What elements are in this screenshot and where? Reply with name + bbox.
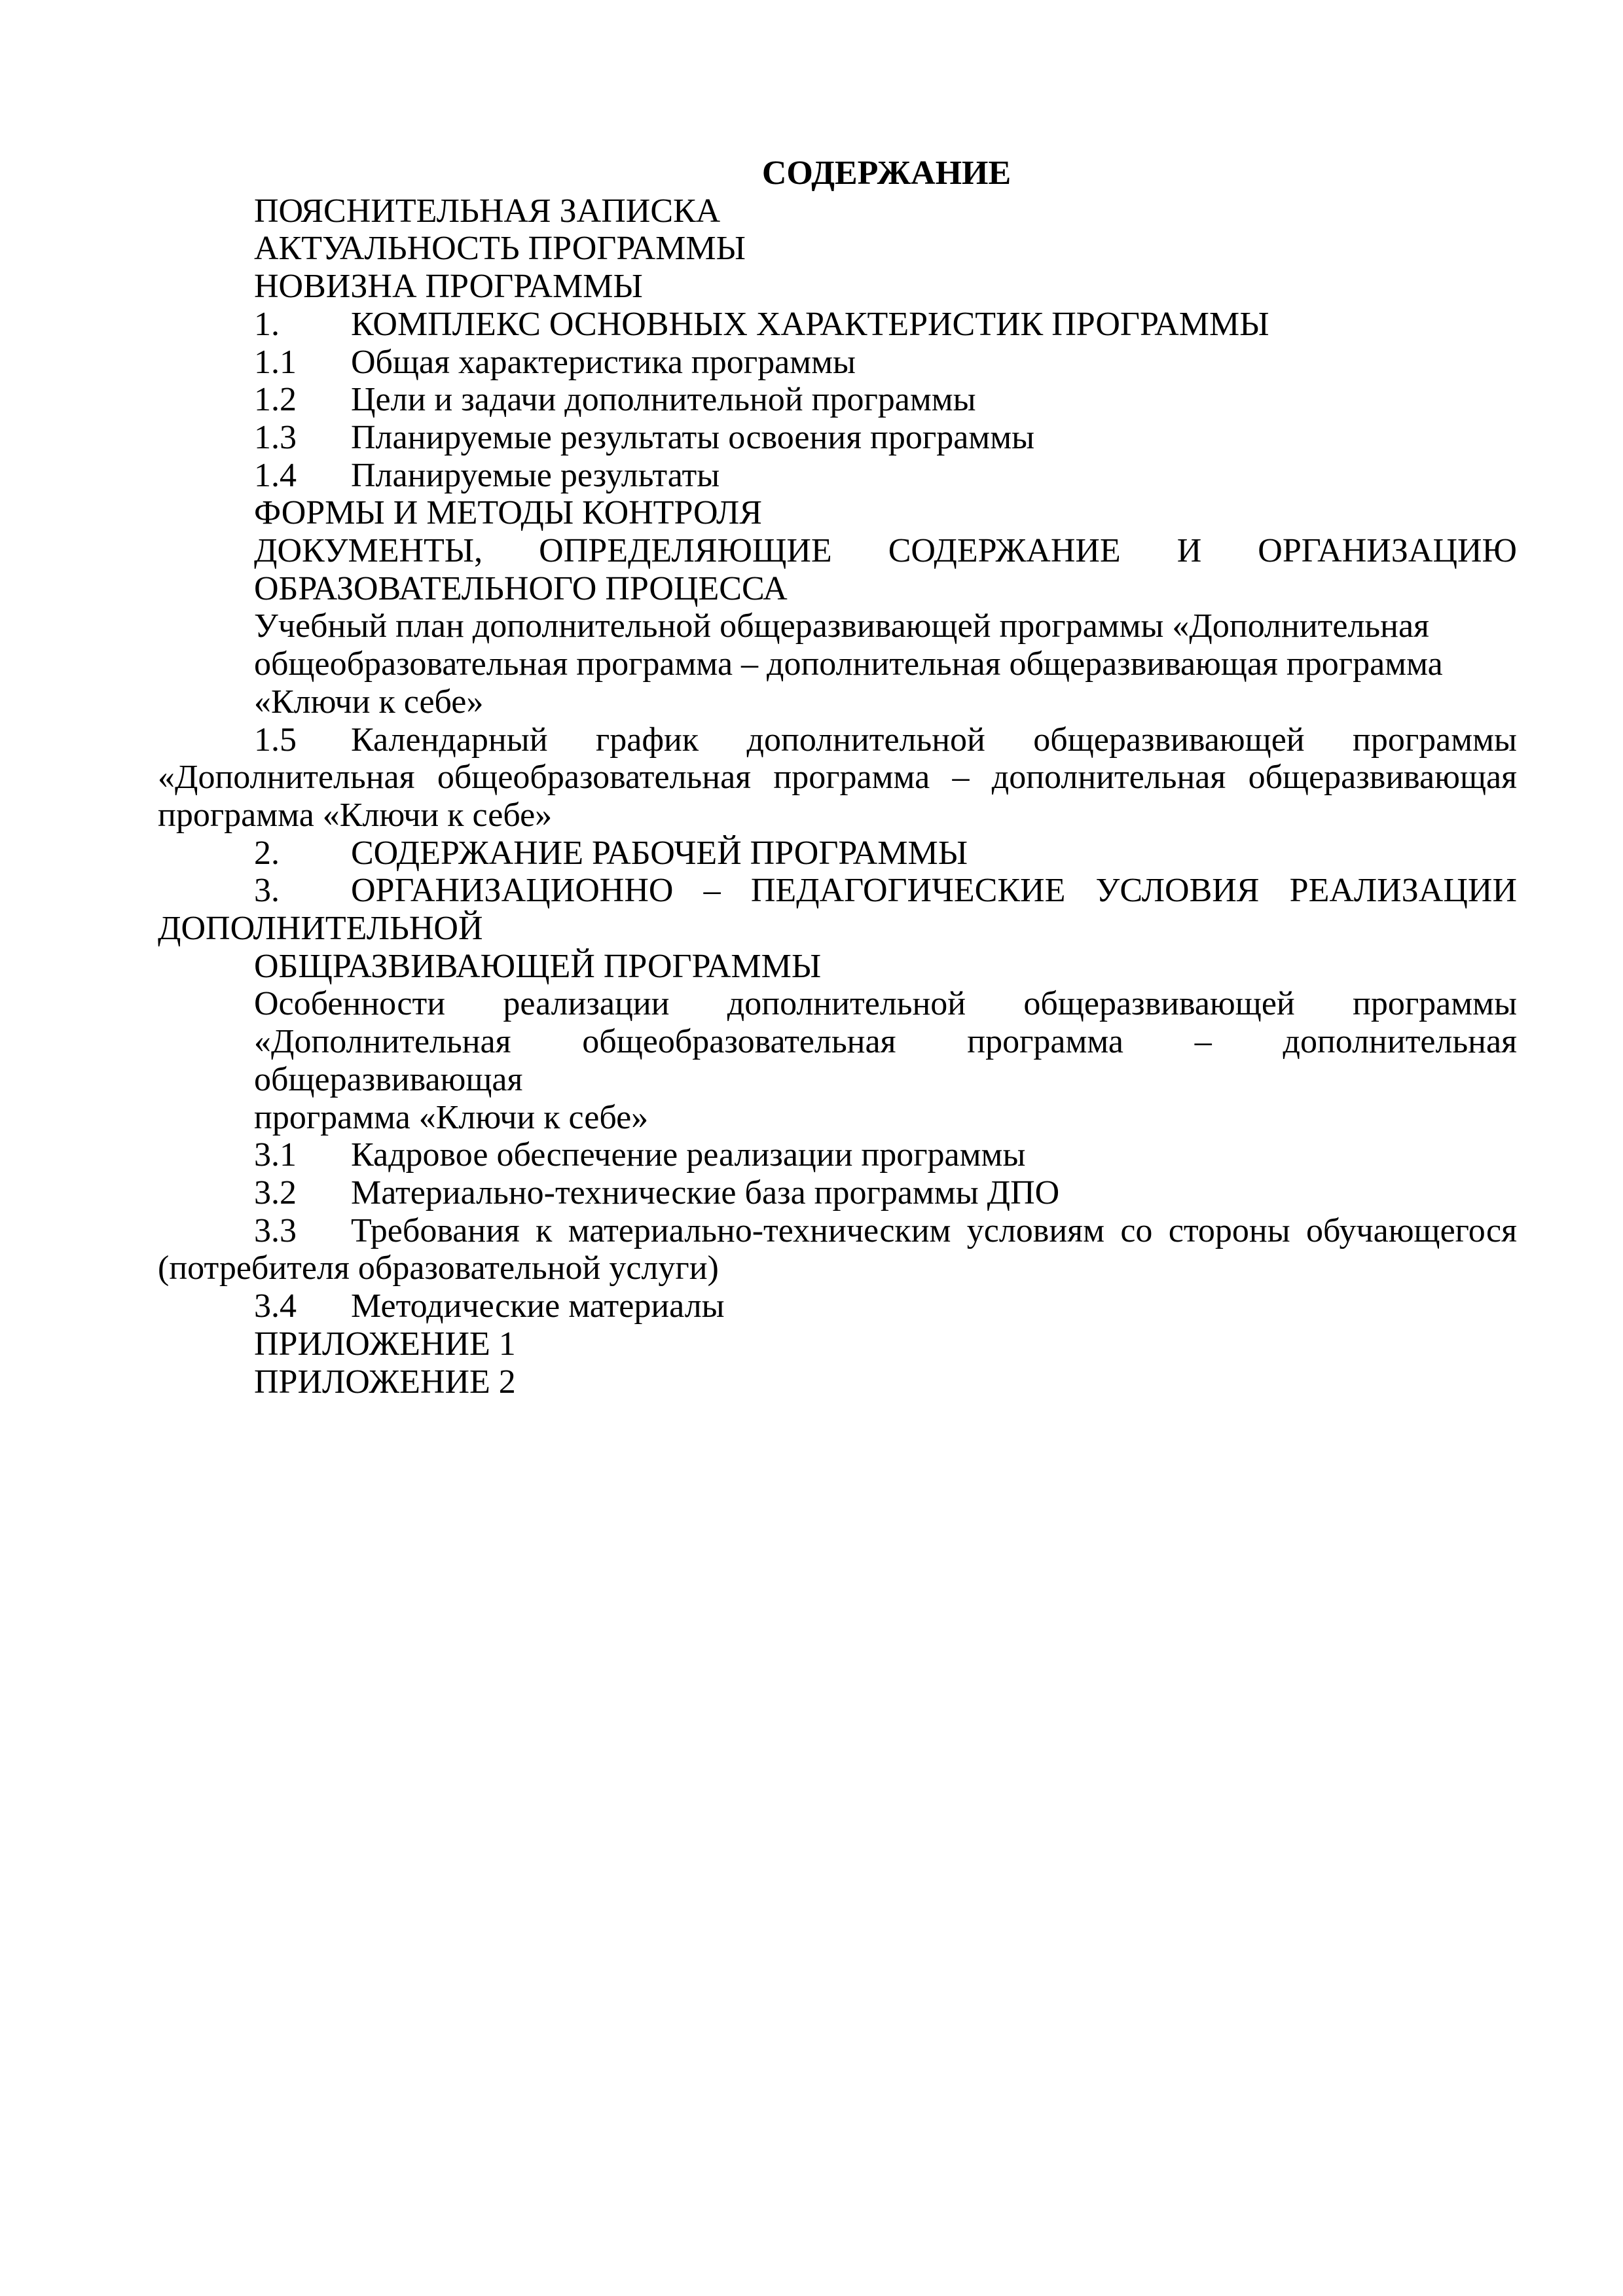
toc-entry-1: 1. КОМПЛЕКС ОСНОВНЫХ ХАРАКТЕРИСТИК ПРОГР… (158, 306, 1517, 344)
toc-entry-documents: ДОКУМЕНТЫ, ОПРЕДЕЛЯЮЩИЕ СОДЕРЖАНИЕ И ОРГ… (158, 532, 1517, 607)
toc-entry-2: 2. СОДЕРЖАНИЕ РАБОЧЕЙ ПРОГРАММЫ (158, 834, 1517, 872)
toc-entry-number: 3.2 (254, 1174, 351, 1212)
toc-entry-control-forms: ФОРМЫ И МЕТОДЫ КОНТРОЛЯ (158, 494, 1517, 532)
toc-entry-3-1: 3.1 Кадровое обеспечение реализации прог… (158, 1136, 1517, 1174)
toc-entry-text: Кадровое обеспечение реализации программ… (351, 1136, 1517, 1174)
toc-entry-curriculum: Учебный план дополнительной общеразвиваю… (158, 607, 1517, 721)
toc-entry-number: 3.4 (254, 1287, 351, 1325)
toc-entry-1-3: 1.3 Планируемые результаты освоения прог… (158, 419, 1517, 457)
toc-entry-text: Материально-технические база программы Д… (351, 1174, 1517, 1212)
toc-entry-3-3: 3.3 Требования к материально-техническим… (158, 1212, 1517, 1287)
toc-entry-number: 1.3 (254, 419, 351, 457)
toc-entry-text-line: ОБРАЗОВАТЕЛЬНОГО ПРОЦЕССА (254, 570, 1517, 608)
toc-entry-relevance: АКТУАЛЬНОСТЬ ПРОГРАММЫ (158, 230, 1517, 268)
toc-entry-text-line: ОБЩРАЗВИВАЮЩЕЙ ПРОГРАММЫ (158, 948, 1517, 986)
toc-entry-1-4: 1.4 Планируемые результаты (158, 457, 1517, 495)
toc-entry-text-line: Требования к материально-техническим усл… (351, 1212, 1517, 1250)
toc-entry-3: 3. ОРГАНИЗАЦИОННО – ПЕДАГОГИЧЕСКИЕ УСЛОВ… (158, 872, 1517, 985)
toc-entry-number: 1. (254, 306, 351, 344)
toc-entry-text-line: «Дополнительная общеобразовательная прог… (254, 1023, 1517, 1098)
toc-entry-number: 3. (254, 872, 351, 910)
toc-entry-text: Планируемые результаты освоения программ… (351, 419, 1517, 457)
toc-entry-text-line: (потребителя образовательной услуги) (158, 1249, 1517, 1287)
toc-entry-text-line: Календарный график дополнительной общера… (351, 721, 1517, 759)
toc-entry-appendix-1: ПРИЛОЖЕНИЕ 1 (158, 1325, 1517, 1363)
table-of-contents-page: СОДЕРЖАНИЕ ПОЯСНИТЕЛЬНАЯ ЗАПИСКА АКТУАЛЬ… (158, 154, 1517, 1401)
toc-entry-text-line: программа «Ключи к себе» (254, 1099, 1517, 1137)
toc-entry-explanatory-note: ПОЯСНИТЕЛЬНАЯ ЗАПИСКА (158, 192, 1517, 230)
toc-entry-1-2: 1.2 Цели и задачи дополнительной програм… (158, 381, 1517, 419)
page-title: СОДЕРЖАНИЕ (158, 154, 1517, 192)
toc-entry-novelty: НОВИЗНА ПРОГРАММЫ (158, 268, 1517, 306)
toc-entry-number: 3.3 (254, 1212, 351, 1250)
toc-entry-3-2: 3.2 Материально-технические база програм… (158, 1174, 1517, 1212)
toc-entry-text-line: Особенности реализации дополнительной об… (254, 985, 1517, 1023)
toc-entry-text: Планируемые результаты (351, 457, 1517, 495)
toc-entry-appendix-2: ПРИЛОЖЕНИЕ 2 (158, 1363, 1517, 1401)
toc-entry-number: 3.1 (254, 1136, 351, 1174)
toc-entry-text: СОДЕРЖАНИЕ РАБОЧЕЙ ПРОГРАММЫ (351, 834, 1517, 872)
toc-entry-text: Цели и задачи дополнительной программы (351, 381, 1517, 419)
toc-entry-text: Методические материалы (351, 1287, 1517, 1325)
toc-entry-1-1: 1.1 Общая характеристика программы (158, 344, 1517, 382)
toc-entry-text-line: «Дополнительная общеобразовательная прог… (158, 759, 1517, 797)
toc-entry-1-5: 1.5 Календарный график дополнительной об… (158, 721, 1517, 834)
toc-entry-text-line: «Ключи к себе» (254, 683, 1517, 721)
toc-entry-text: КОМПЛЕКС ОСНОВНЫХ ХАРАКТЕРИСТИК ПРОГРАММ… (351, 306, 1517, 344)
toc-entry-text-line: ДОКУМЕНТЫ, ОПРЕДЕЛЯЮЩИЕ СОДЕРЖАНИЕ И ОРГ… (254, 532, 1517, 570)
toc-entry-number: 1.4 (254, 457, 351, 495)
toc-entry-text-line: ОРГАНИЗАЦИОННО – ПЕДАГОГИЧЕСКИЕ УСЛОВИЯ … (351, 872, 1517, 910)
toc-entry-implementation-features: Особенности реализации дополнительной об… (158, 985, 1517, 1136)
toc-entry-text-line: ДОПОЛНИТЕЛЬНОЙ (158, 910, 1517, 948)
toc-entry-text: Общая характеристика программы (351, 344, 1517, 382)
toc-entry-number: 1.5 (254, 721, 351, 759)
toc-entry-number: 1.1 (254, 344, 351, 382)
toc-entry-text-line: программа «Ключи к себе» (158, 797, 1517, 834)
toc-entry-text-line: Учебный план дополнительной общеразвиваю… (254, 607, 1517, 645)
toc-entry-text-line: общеобразовательная программа – дополнит… (254, 645, 1517, 683)
toc-entry-number: 2. (254, 834, 351, 872)
toc-entry-number: 1.2 (254, 381, 351, 419)
toc-entry-3-4: 3.4 Методические материалы (158, 1287, 1517, 1325)
